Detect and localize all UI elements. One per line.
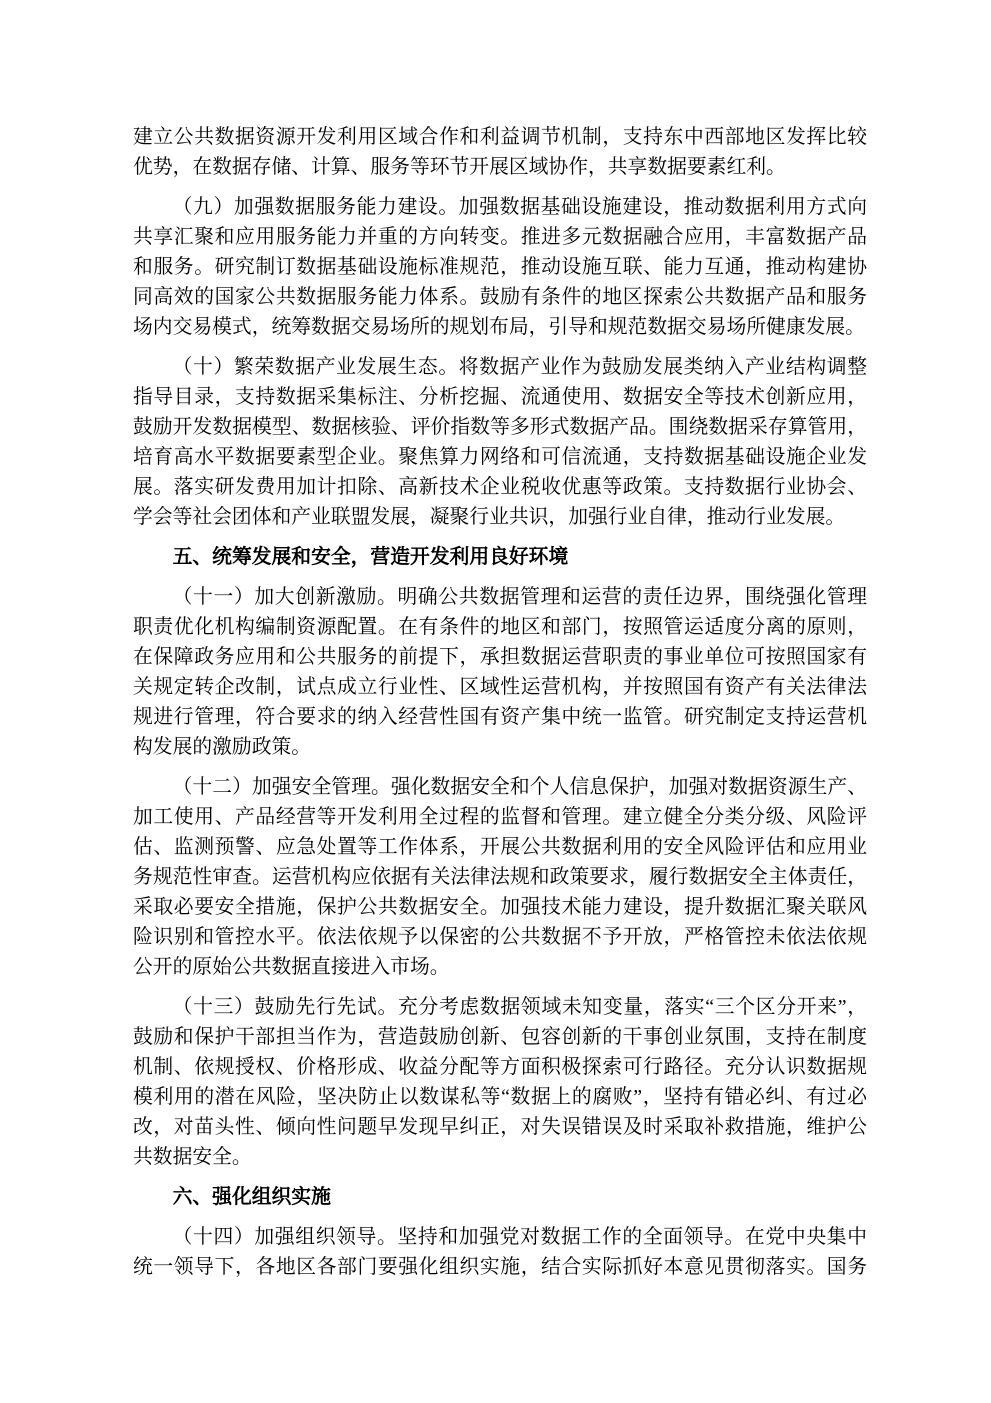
text-line: 改，对苗头性、倾向性问题早发现早纠正，对失误错误及时采取补救措施，维护公 [133, 1112, 867, 1142]
paragraph-item-12: （十二）加强安全管理。强化数据安全和个人信息保护，加强对数据资源生产、加工使用、… [133, 772, 867, 982]
text-line: 五、统筹发展和安全，营造开发利用良好环境 [133, 542, 867, 572]
text-line: 建立公共数据资源开发利用区域合作和利益调节机制，支持东中西部地区发挥比较 [133, 122, 867, 152]
text-line: 优势，在数据存储、计算、服务等环节开展区域协作，共享数据要素红利。 [133, 152, 867, 182]
document-page: 建立公共数据资源开发利用区域合作和利益调节机制，支持东中西部地区发挥比较优势，在… [0, 0, 991, 1403]
text-line: 加工使用、产品经营等开发利用全过程的监督和管理。建立健全分类分级、风险评 [133, 802, 867, 832]
text-line: （十二）加强安全管理。强化数据安全和个人信息保护，加强对数据资源生产、 [133, 772, 867, 802]
text-line: 统一领导下，各地区各部门要强化组织实施，结合实际抓好本意见贯彻落实。国务 [133, 1252, 867, 1282]
text-line: 关规定转企改制，试点成立行业性、区域性运营机构，并按照国有资产有关法律法 [133, 672, 867, 702]
text-line: 估、监测预警、应急处置等工作体系，开展公共数据利用的安全风险评估和应用业 [133, 832, 867, 862]
text-line: 培育高水平数据要素型企业。聚焦算力网络和可信流通，支持数据基础设施企业发 [133, 442, 867, 472]
text-line: 机制、依规授权、价格形成、收益分配等方面积极探索可行路径。充分认识数据规 [133, 1052, 867, 1082]
text-line: 共享汇聚和应用服务能力并重的方向转变。推进多元数据融合应用，丰富数据产品 [133, 222, 867, 252]
text-line: 鼓励开发数据模型、数据核验、评价指数等多形式数据产品。围绕数据采存算管用， [133, 412, 867, 442]
text-line: 在保障政务应用和公共服务的前提下，承担数据运营职责的事业单位可按照国家有 [133, 642, 867, 672]
text-line: 和服务。研究制订数据基础设施标准规范，推动设施互联、能力互通，推动构建协 [133, 252, 867, 282]
text-line: 规进行管理，符合要求的纳入经营性国有资产集中统一监管。研究制定支持运营机 [133, 702, 867, 732]
text-line: （十四）加强组织领导。坚持和加强党对数据工作的全面领导。在党中央集中 [133, 1222, 867, 1252]
document-content: 建立公共数据资源开发利用区域合作和利益调节机制，支持东中西部地区发挥比较优势，在… [133, 122, 867, 1282]
text-line: 指导目录，支持数据采集标注、分析挖掘、流通使用、数据安全等技术创新应用， [133, 382, 867, 412]
paragraph-continued: 建立公共数据资源开发利用区域合作和利益调节机制，支持东中西部地区发挥比较优势，在… [133, 122, 867, 182]
text-line: 职责优化机构编制资源配置。在有条件的地区和部门，按照管运适度分离的原则， [133, 612, 867, 642]
text-line: 鼓励和保护干部担当作为，营造鼓励创新、包容创新的干事创业氛围，支持在制度 [133, 1022, 867, 1052]
text-line: 共数据安全。 [133, 1142, 867, 1172]
text-line: 同高效的国家公共数据服务能力体系。鼓励有条件的地区探索公共数据产品和服务 [133, 282, 867, 312]
text-line: （十）繁荣数据产业发展生态。将数据产业作为鼓励发展类纳入产业结构调整 [133, 352, 867, 382]
section-heading-5: 五、统筹发展和安全，营造开发利用良好环境 [133, 542, 867, 572]
text-line: 构发展的激励政策。 [133, 732, 867, 762]
text-line: 险识别和管控水平。依法依规予以保密的公共数据不予开放，严格管控未依法依规 [133, 922, 867, 952]
text-line: （十一）加大创新激励。明确公共数据管理和运营的责任边界，围绕强化管理 [133, 582, 867, 612]
text-line: （九）加强数据服务能力建设。加强数据基础设施建设，推动数据利用方式向 [133, 192, 867, 222]
text-line: 公开的原始公共数据直接进入市场。 [133, 952, 867, 982]
text-line: 展。落实研发费用加计扣除、高新技术企业税收优惠等政策。支持数据行业协会、 [133, 472, 867, 502]
section-heading-6: 六、强化组织实施 [133, 1182, 867, 1212]
paragraph-item-9: （九）加强数据服务能力建设。加强数据基础设施建设，推动数据利用方式向共享汇聚和应… [133, 192, 867, 342]
paragraph-item-14: （十四）加强组织领导。坚持和加强党对数据工作的全面领导。在党中央集中统一领导下，… [133, 1222, 867, 1282]
text-line: 六、强化组织实施 [133, 1182, 867, 1212]
text-line: 采取必要安全措施，保护公共数据安全。加强技术能力建设，提升数据汇聚关联风 [133, 892, 867, 922]
paragraph-item-10: （十）繁荣数据产业发展生态。将数据产业作为鼓励发展类纳入产业结构调整指导目录，支… [133, 352, 867, 532]
text-line: （十三）鼓励先行先试。充分考虑数据领域未知变量，落实“三个区分开来”， [133, 992, 867, 1022]
text-line: 模利用的潜在风险，坚决防止以数谋私等“数据上的腐败”，坚持有错必纠、有过必 [133, 1082, 867, 1112]
paragraph-item-11: （十一）加大创新激励。明确公共数据管理和运营的责任边界，围绕强化管理职责优化机构… [133, 582, 867, 762]
paragraph-item-13: （十三）鼓励先行先试。充分考虑数据领域未知变量，落实“三个区分开来”，鼓励和保护… [133, 992, 867, 1172]
text-line: 务规范性审查。运营机构应依据有关法律法规和政策要求，履行数据安全主体责任， [133, 862, 867, 892]
text-line: 场内交易模式，统筹数据交易场所的规划布局，引导和规范数据交易场所健康发展。 [133, 312, 867, 342]
text-line: 学会等社会团体和产业联盟发展，凝聚行业共识，加强行业自律，推动行业发展。 [133, 502, 867, 532]
